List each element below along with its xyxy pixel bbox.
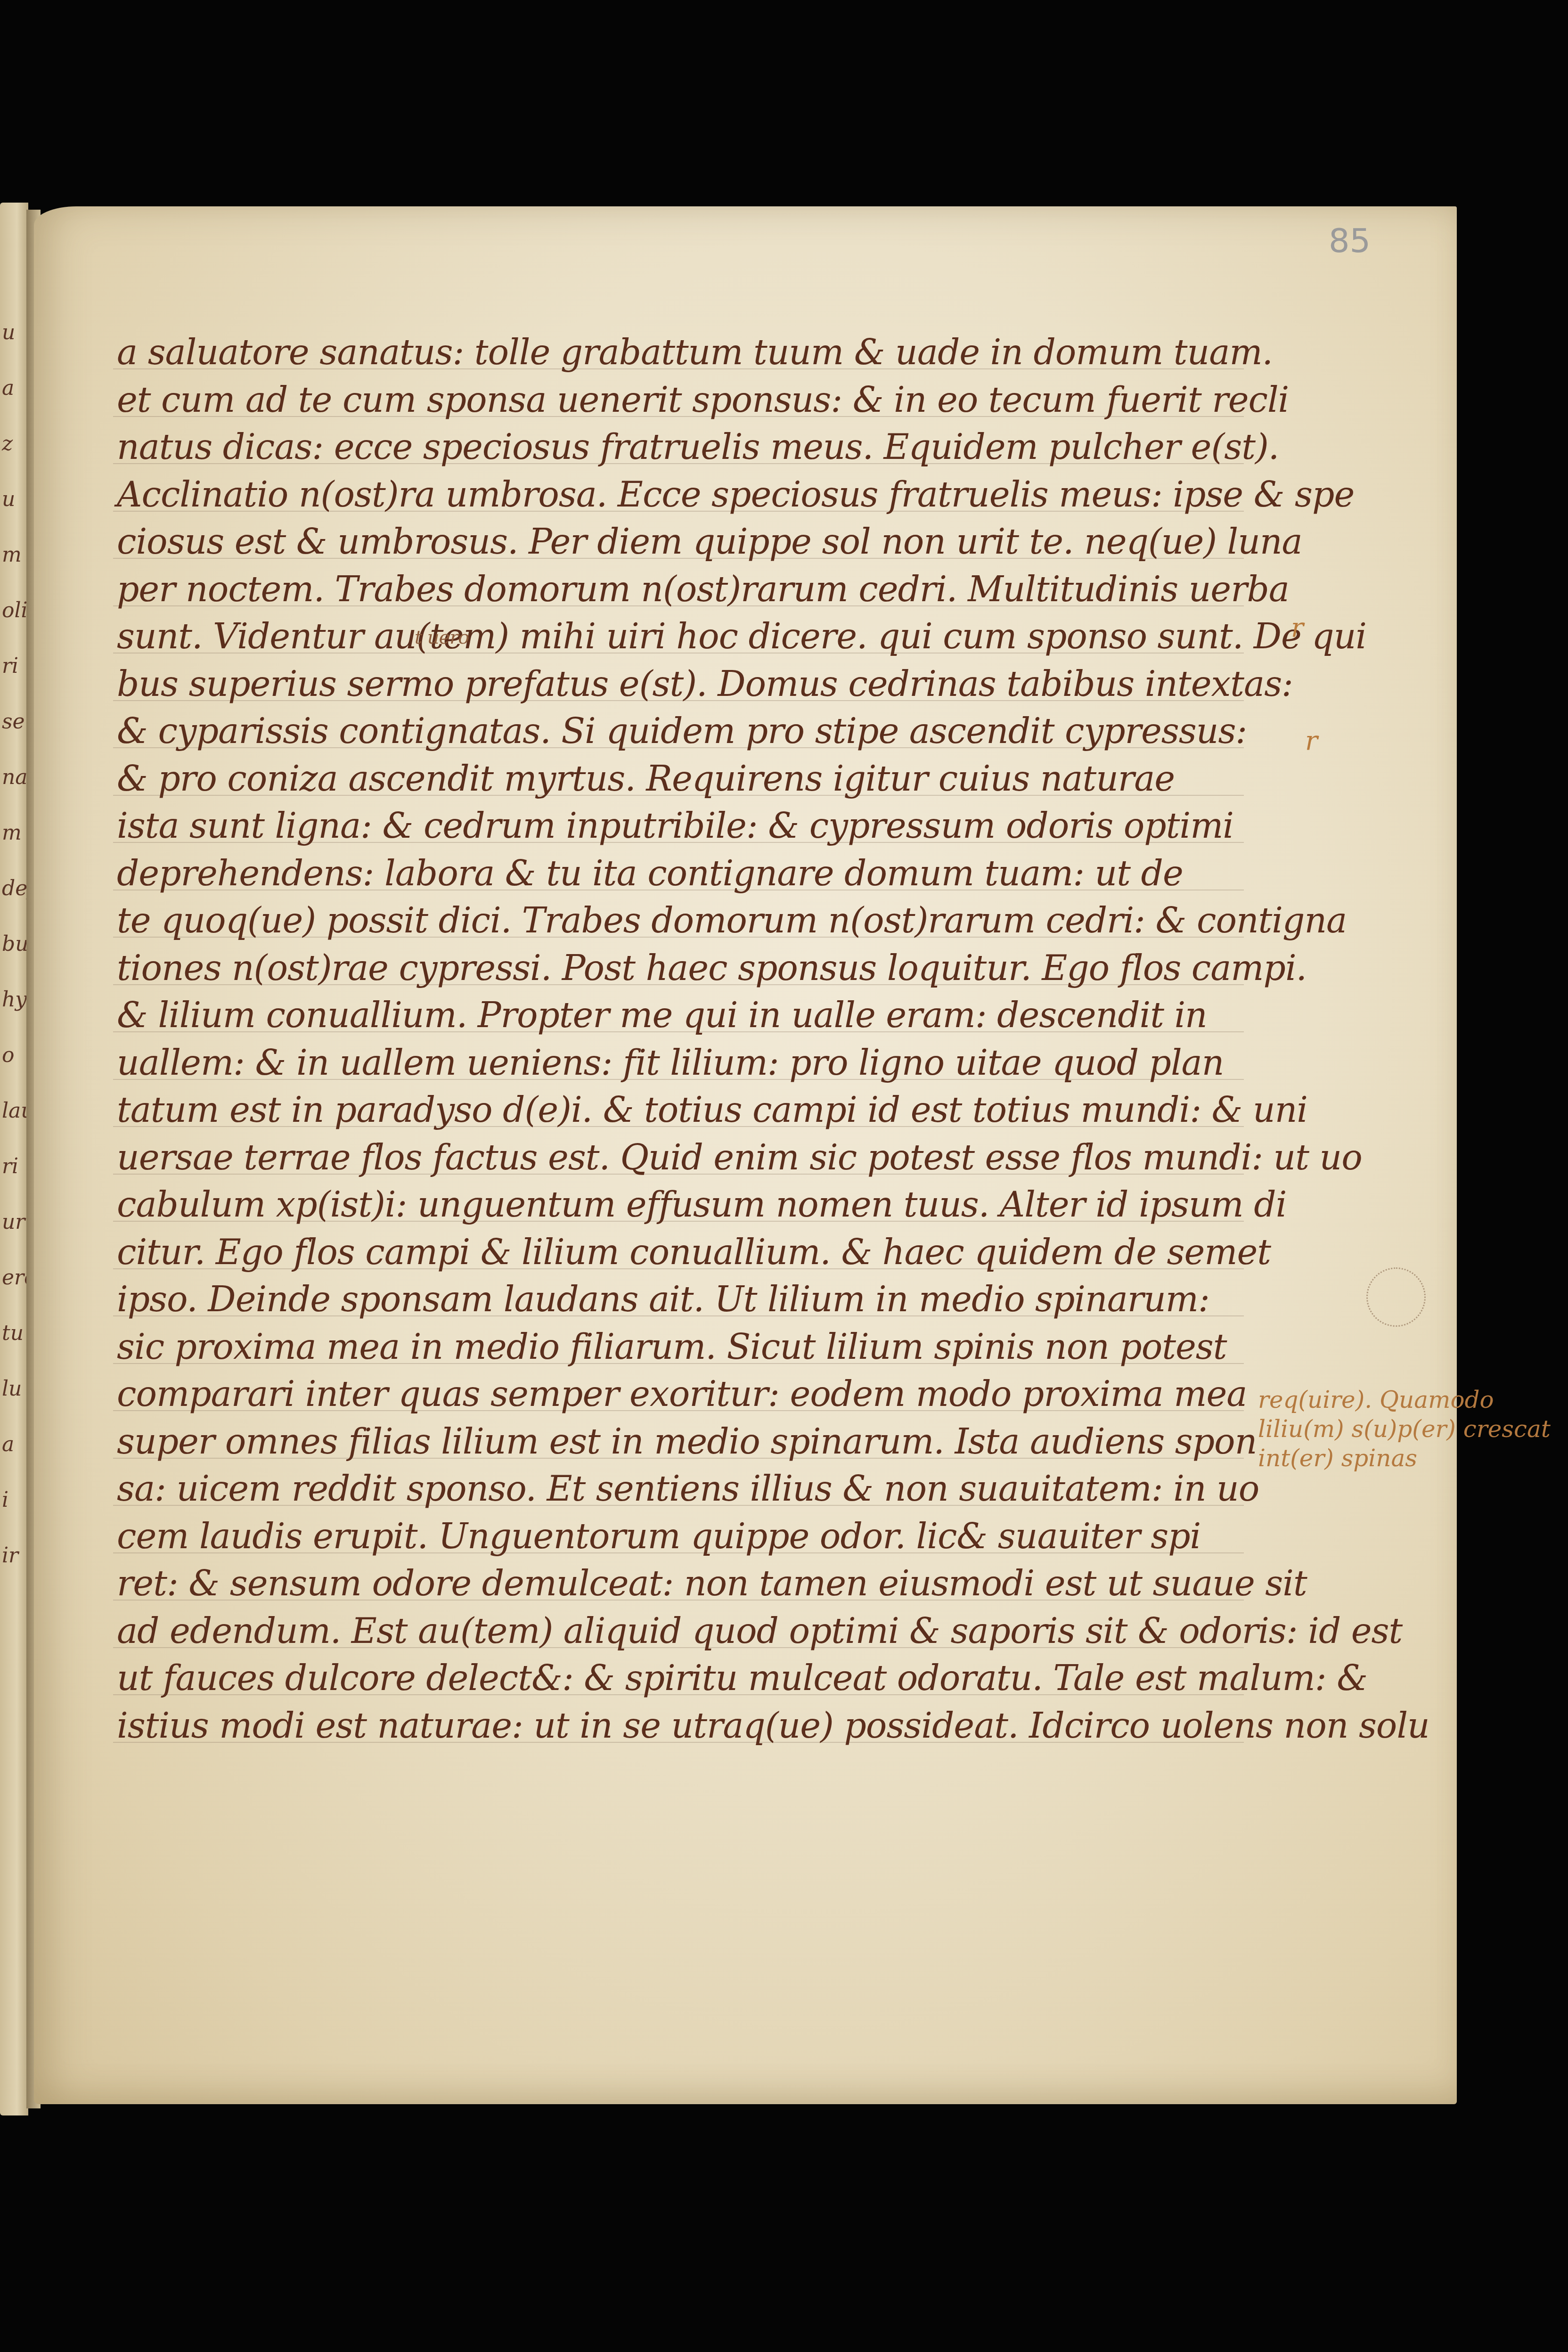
- previous-page-edge: uazumolirisenamdefbushyolauriurerotuluai…: [0, 203, 28, 2115]
- interlinear-gloss: t uero: [415, 615, 469, 660]
- text-line: ad edendum. Est au(tem) aliquid quod opt…: [117, 1609, 1233, 1654]
- left-page-text-fragment: u: [2, 487, 15, 511]
- text-line: & lilium conuallium. Propter me qui in u…: [117, 993, 1233, 1038]
- text-line: citur. Ego flos campi & lilium conualliu…: [117, 1230, 1233, 1275]
- text-line: a saluatore sanatus: tolle grabattum tuu…: [117, 330, 1233, 375]
- text-line: ciosus est & umbrosus. Per diem quippe s…: [117, 519, 1233, 564]
- margin-mark-r: r: [1305, 726, 1318, 756]
- text-line: ista sunt ligna: & cedrum inputribile: &…: [117, 803, 1233, 849]
- text-line: cabulum xp(ist)i: unguentum effusum nome…: [117, 1182, 1233, 1227]
- left-page-text-fragment: se: [2, 710, 25, 734]
- margin-mark-r: r: [1291, 612, 1304, 643]
- text-line: super omnes filias lilium est in medio s…: [117, 1419, 1233, 1464]
- text-line: & cyparissis contignatas. Si quidem pro …: [117, 709, 1233, 754]
- marginal-note-line: liliu(m) s(u)p(er) crescat: [1258, 1414, 1551, 1444]
- text-line: per noctem. Trabes domorum n(ost)rarum c…: [117, 567, 1233, 612]
- left-page-text-fragment: a: [2, 1432, 14, 1456]
- text-line: istius modi est naturae: ut in se utraq(…: [117, 1703, 1233, 1748]
- text-line: te quoq(ue) possit dici. Trabes domorum …: [117, 898, 1233, 943]
- marginal-note-line: int(er) spinas: [1258, 1444, 1551, 1473]
- folio-number: 85: [1329, 221, 1371, 260]
- marginal-note-line: req(uire). Quamodo: [1258, 1385, 1551, 1414]
- text-line: deprehendens: labora & tu ita contignare…: [117, 851, 1233, 896]
- left-page-text-fragment: i: [2, 1488, 8, 1512]
- left-page-text-fragment: ur: [2, 1210, 25, 1234]
- text-line: bus superius sermo prefatus e(st). Domus…: [117, 661, 1233, 707]
- text-line: ipso. Deinde sponsam laudans ait. Ut lil…: [117, 1277, 1233, 1322]
- text-line: sic proxima mea in medio filiarum. Sicut…: [117, 1324, 1233, 1370]
- text-line: et cum ad te cum sponsa uenerit sponsus:…: [117, 377, 1233, 423]
- left-page-text-fragment: ir: [2, 1543, 18, 1568]
- left-page-text-fragment: lu: [2, 1377, 22, 1401]
- left-page-text-fragment: hy: [2, 988, 27, 1012]
- text-line: ret: & sensum odore demulceat: non tamen…: [117, 1561, 1233, 1606]
- left-page-text-fragment: z: [2, 432, 13, 456]
- left-page-text-fragment: o: [2, 1043, 15, 1067]
- left-page-text-fragment: na: [2, 765, 28, 789]
- text-line: comparari inter quas semper exoritur: eo…: [117, 1372, 1233, 1417]
- left-page-text-fragment: ri: [2, 654, 18, 678]
- text-line: cem laudis erupit. Unguentorum quippe od…: [117, 1514, 1233, 1559]
- text-line: uersae terrae flos factus est. Quid enim…: [117, 1135, 1233, 1180]
- text-line: sa: uicem reddit sponso. Et sentiens ill…: [117, 1466, 1233, 1511]
- circle-mark: [1366, 1267, 1426, 1327]
- left-page-text-fragment: tu: [2, 1321, 24, 1345]
- text-line: & pro coniza ascendit myrtus. Requirens …: [117, 756, 1233, 801]
- left-page-text-fragment: oli: [2, 598, 28, 622]
- text-line: uallem: & in uallem ueniens: fit lilium:…: [117, 1040, 1233, 1086]
- text-line: tatum est in paradyso d(e)i. & totius ca…: [117, 1087, 1233, 1133]
- left-page-text-fragment: m: [2, 821, 22, 845]
- left-page-text-fragment: a: [2, 376, 14, 400]
- marginal-note: req(uire). Quamodoliliu(m) s(u)p(er) cre…: [1258, 1385, 1551, 1473]
- text-line: Acclinatio n(ost)ra umbrosa. Ecce specio…: [117, 472, 1233, 517]
- left-page-text-fragment: m: [2, 543, 22, 567]
- text-line: natus dicas: ecce speciosus fratruelis m…: [117, 425, 1233, 470]
- left-page-text-fragment: ri: [2, 1154, 18, 1178]
- text-line: ut fauces dulcore delect&: & spiritu mul…: [117, 1656, 1233, 1701]
- left-page-text-fragment: u: [2, 320, 15, 344]
- text-line: sunt. Videntur au(tem) mihi uiri hoc dic…: [117, 614, 1233, 659]
- text-line: tiones n(ost)rae cypressi. Post haec spo…: [117, 946, 1233, 991]
